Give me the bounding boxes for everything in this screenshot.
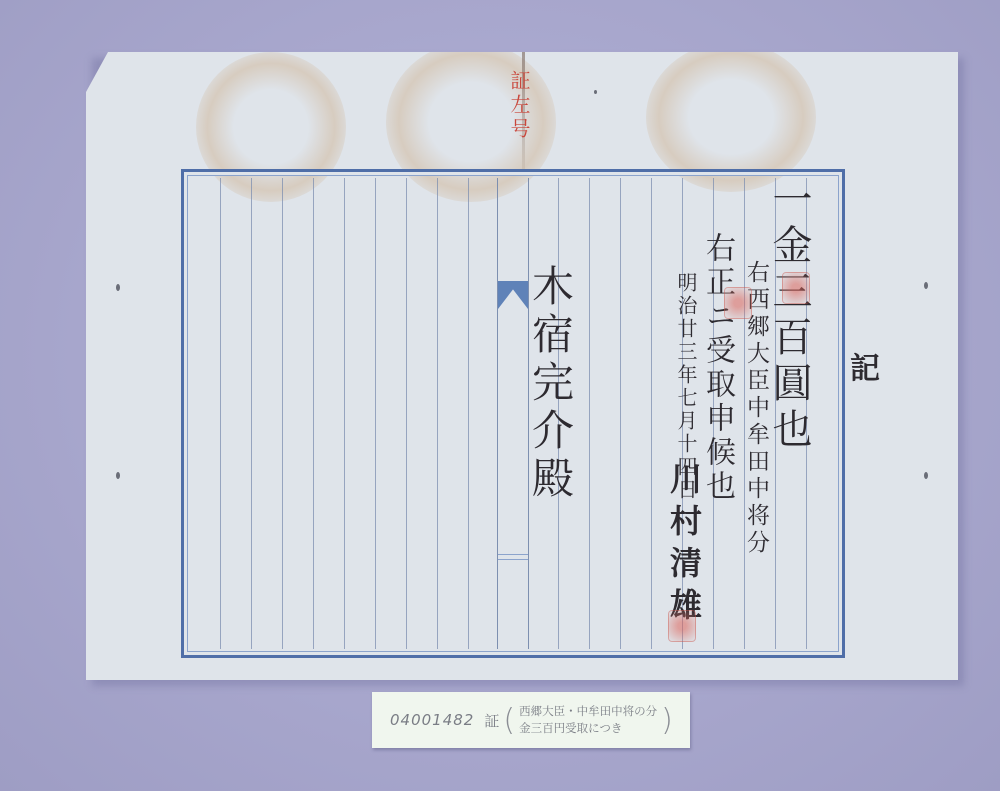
- center-column: [497, 178, 529, 649]
- speck: [594, 90, 597, 94]
- speck: [924, 282, 928, 289]
- heading-ki: 記: [846, 352, 876, 384]
- signatory: 川村清雄: [668, 462, 700, 630]
- seal-stamp: [724, 287, 752, 319]
- document-type: 証: [484, 710, 499, 731]
- receipt-line: 右正ニ受取申候也: [702, 232, 732, 504]
- catalog-id: 04001482: [390, 711, 474, 729]
- fishtail-mark: [498, 281, 528, 309]
- catalog-label: 04001482 証 ( 西郷大臣・中牟田中将の分 金三百円受取につき ): [372, 692, 690, 748]
- catalog-description: 西郷大臣・中牟田中将の分 金三百円受取につき: [519, 703, 657, 737]
- speck: [116, 284, 120, 291]
- speck: [924, 472, 928, 479]
- amount-line: 一金三百圓也: [769, 178, 809, 454]
- document-sheet: 証左号 記 一金三百圓也 右西郷大臣中牟田中将分 右正ニ受取申候也 明治廿三年七…: [86, 52, 958, 680]
- seal-stamp: [782, 272, 810, 304]
- ruled-frame: 記 一金三百圓也 右西郷大臣中牟田中将分 右正ニ受取申候也 明治廿三年七月十四日…: [181, 169, 845, 658]
- open-paren: (: [503, 703, 515, 738]
- description-line-2: 金三百円受取につき: [519, 720, 657, 737]
- description-line-1: 西郷大臣・中牟田中将の分: [519, 703, 657, 720]
- addressee: 木宿完介殿: [529, 264, 571, 504]
- red-annotation: 証左号: [509, 70, 529, 142]
- close-paren: ): [661, 703, 673, 738]
- speck: [116, 472, 120, 479]
- center-mark: [498, 554, 528, 560]
- signature-seal: [668, 610, 696, 642]
